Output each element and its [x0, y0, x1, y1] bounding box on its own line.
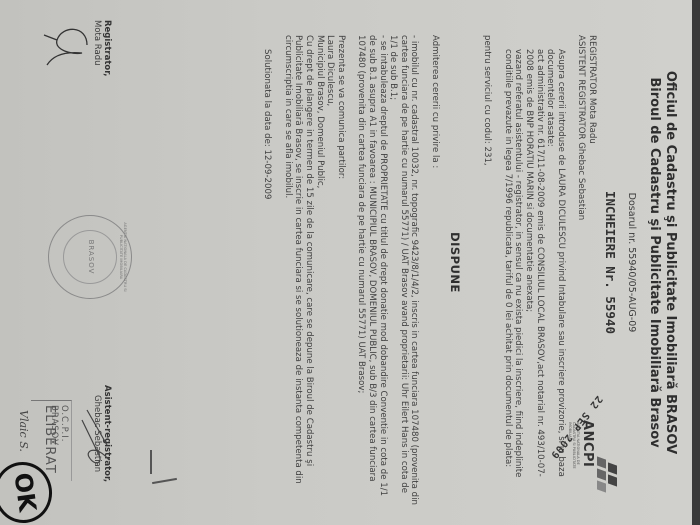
pen-mark [150, 450, 152, 474]
registrar-line: REGISTRATOR Mota Radu [586, 35, 597, 495]
dispune-heading: DISPUNE [448, 0, 462, 525]
property-item: - imobilul cu nr. cadastral 10032, nr. t… [388, 35, 420, 505]
appeal-paragraph: Cu drept de plangere in termen de 15 zil… [282, 35, 314, 505]
issued-stamp-label: ELIBERAT [42, 405, 57, 474]
service-code: pentru serviciul cu codul: 231, [482, 35, 493, 495]
handwritten-initials: Vlaic S. [17, 410, 30, 452]
dispositions: Admiterea cererii cu privire la : - imob… [262, 35, 440, 505]
stamp-center-text: BRASOV [87, 216, 95, 298]
file-number: Dosarul nr. 55940/05-AUG-09 [626, 0, 637, 525]
scan-edge [692, 0, 700, 525]
assistant-signature [77, 405, 117, 475]
bureau-title: Biroul de Cadastru şi Publicitate Imobil… [647, 0, 662, 525]
admission-line: Admiterea cererii cu privire la : [429, 35, 440, 505]
pen-mark [152, 478, 177, 484]
registrar-name: Mota Radu [92, 20, 102, 76]
communication-line: Prezenta se va comunica partilor: [335, 35, 346, 505]
assistant-line: ASISTENT REGISTRATOR Ghebac Sebastian [576, 35, 587, 495]
registrar-signature-block: Registrator, Mota Radu [92, 20, 112, 76]
party-item: Laura Diculescu, [325, 35, 336, 505]
office-title: Oficiul de Cadastru şi Publicitate Imobi… [663, 0, 678, 525]
registrar-signature [42, 15, 92, 75]
decision-number: INCHEIERE Nr. 55940 [603, 0, 618, 525]
request-paragraph: Asupra cererii introduse de LAURA DICULE… [545, 35, 566, 495]
registration-item: - se intabuleaza dreptul de PROPRIETATE … [356, 35, 388, 505]
documents-paragraph: act administrativ nr. 617/11-08-2009 emi… [523, 35, 544, 495]
official-round-stamp: AGENTIA NATIONALA DE CADASTRU SI PUBLICI… [48, 215, 132, 299]
document-body: REGISTRATOR Mota Radu ASISTENT REGISTRAT… [482, 35, 597, 495]
party-item: Municipiul Brasov, Domeniul Public, [314, 35, 325, 505]
registrar-title: Registrator, [102, 20, 112, 76]
report-paragraph: vazand referatul asistentului - registra… [502, 35, 523, 495]
scanned-document-page: ANCPI AGENTIA NATIONALA DE CADASTRU SI P… [0, 0, 692, 525]
stamp-ring-text: AGENTIA NATIONALA DE CADASTRU SI PUBLICI… [119, 216, 127, 298]
resolution-date: Solutionata la data de: 12-09-2009 [262, 35, 273, 505]
